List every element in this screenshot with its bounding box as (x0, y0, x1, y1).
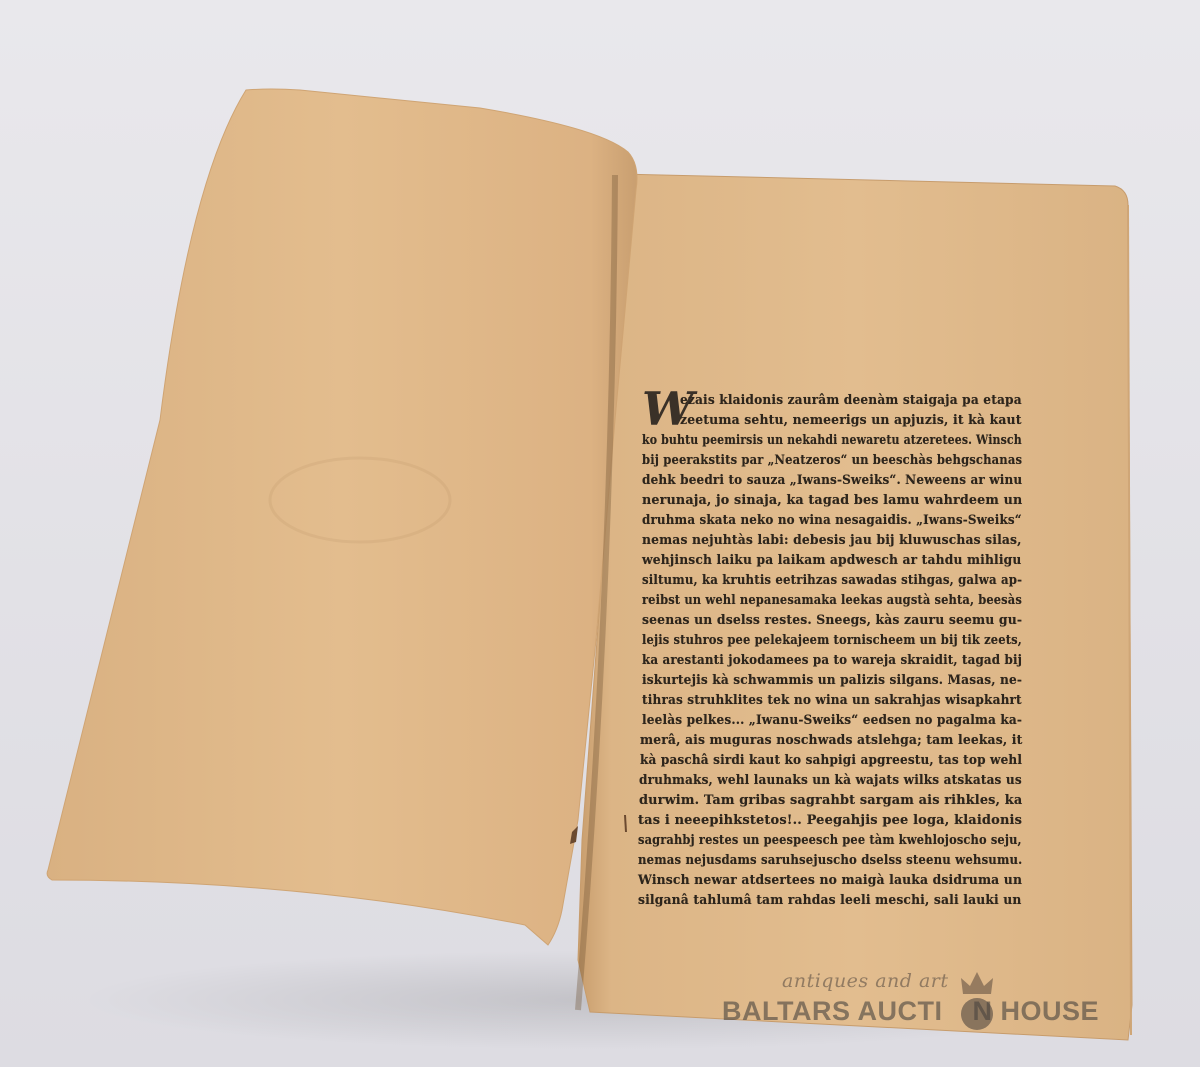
text-line: nemas nejuhtàs labi: debesis jau bij klu… (642, 532, 1022, 547)
text-line: iskurtejis kà schwammis un palizis silga… (642, 672, 1022, 687)
text-line: tas i neeepihkstetos!.. Peegahjis pee lo… (638, 812, 1022, 827)
text-line: lejis stuhros pee pelekajeem tornischeem… (642, 632, 1022, 647)
text-line: druhma skata neko no wina nesagaidis. „I… (642, 512, 1022, 527)
watermark-brand: BALTARS AUCTIN HOUSE (722, 996, 1099, 1027)
watermark-tagline: antiques and art (782, 970, 949, 992)
text-line: nemas nejusdams saruhsejuscho dselss ste… (638, 852, 1022, 867)
ink-mark (625, 815, 626, 832)
text-line: tihras struhklites tek no wina un sakrah… (642, 692, 1022, 707)
text-line: reibst un wehl nepanesamaka leekas augst… (642, 592, 1022, 607)
text-line: wehjinsch laiku pa laikam apdwesch ar ta… (642, 552, 1022, 567)
text-line: ezais klaidonis zaurâm deenàm staigaja p… (680, 392, 1022, 407)
text-line: leelàs pelkes... „Iwanu-Sweiks“ eedsen n… (642, 712, 1022, 727)
watermark-brand-right: N HOUSE (972, 996, 1099, 1026)
text-line: silganâ tahlumâ tam rahdas leeli meschi,… (638, 892, 1022, 907)
text-line: sagrahbj restes un peespeesch pee tàm kw… (638, 832, 1022, 847)
watermark: antiques and art BALTARS AUCTIN HOUSE (722, 970, 1122, 1040)
text-line: ko buhtu peemirsis un nekahdi newaretu a… (642, 432, 1022, 447)
text-line: siltumu, ka kruhtis eetrihzas sawadas st… (642, 572, 1022, 587)
text-line: kà paschâ sirdi kaut ko sahpigi apgreest… (640, 752, 1022, 767)
left-page (47, 89, 637, 945)
text-line: seenas un dselss restes. Sneegs, kàs zau… (642, 612, 1022, 627)
text-line: dehk beedri to sauza „Iwans-Sweiks“. New… (642, 472, 1022, 487)
text-line: druhmaks, wehl launaks un kà wajats wilk… (639, 772, 1022, 787)
text-line: ka arestanti jokodamees pa to wareja skr… (642, 652, 1022, 667)
text-line: Winsch newar atdsertees no maigà lauka d… (638, 872, 1022, 887)
right-page (578, 174, 1132, 1040)
text-line: durwim. Tam gribas sagrahbt sargam ais r… (639, 792, 1022, 807)
text-line: bij peerakstits par „Neatzeros“ un beesc… (642, 452, 1022, 467)
text-line: merâ, ais muguras noschwads atslehga; ta… (640, 732, 1022, 747)
text-line: zeetuma sehtu, nemeerigs un apjuzis, it … (680, 412, 1022, 427)
watermark-brand-left: BALTARS AUCTI (722, 996, 942, 1026)
text-line: nerunaja, jo sinaja, ka tagad bes lamu w… (642, 492, 1022, 507)
photo-scene: W ezais klaidonis zaurâm deenàm staigaja… (0, 0, 1200, 1067)
